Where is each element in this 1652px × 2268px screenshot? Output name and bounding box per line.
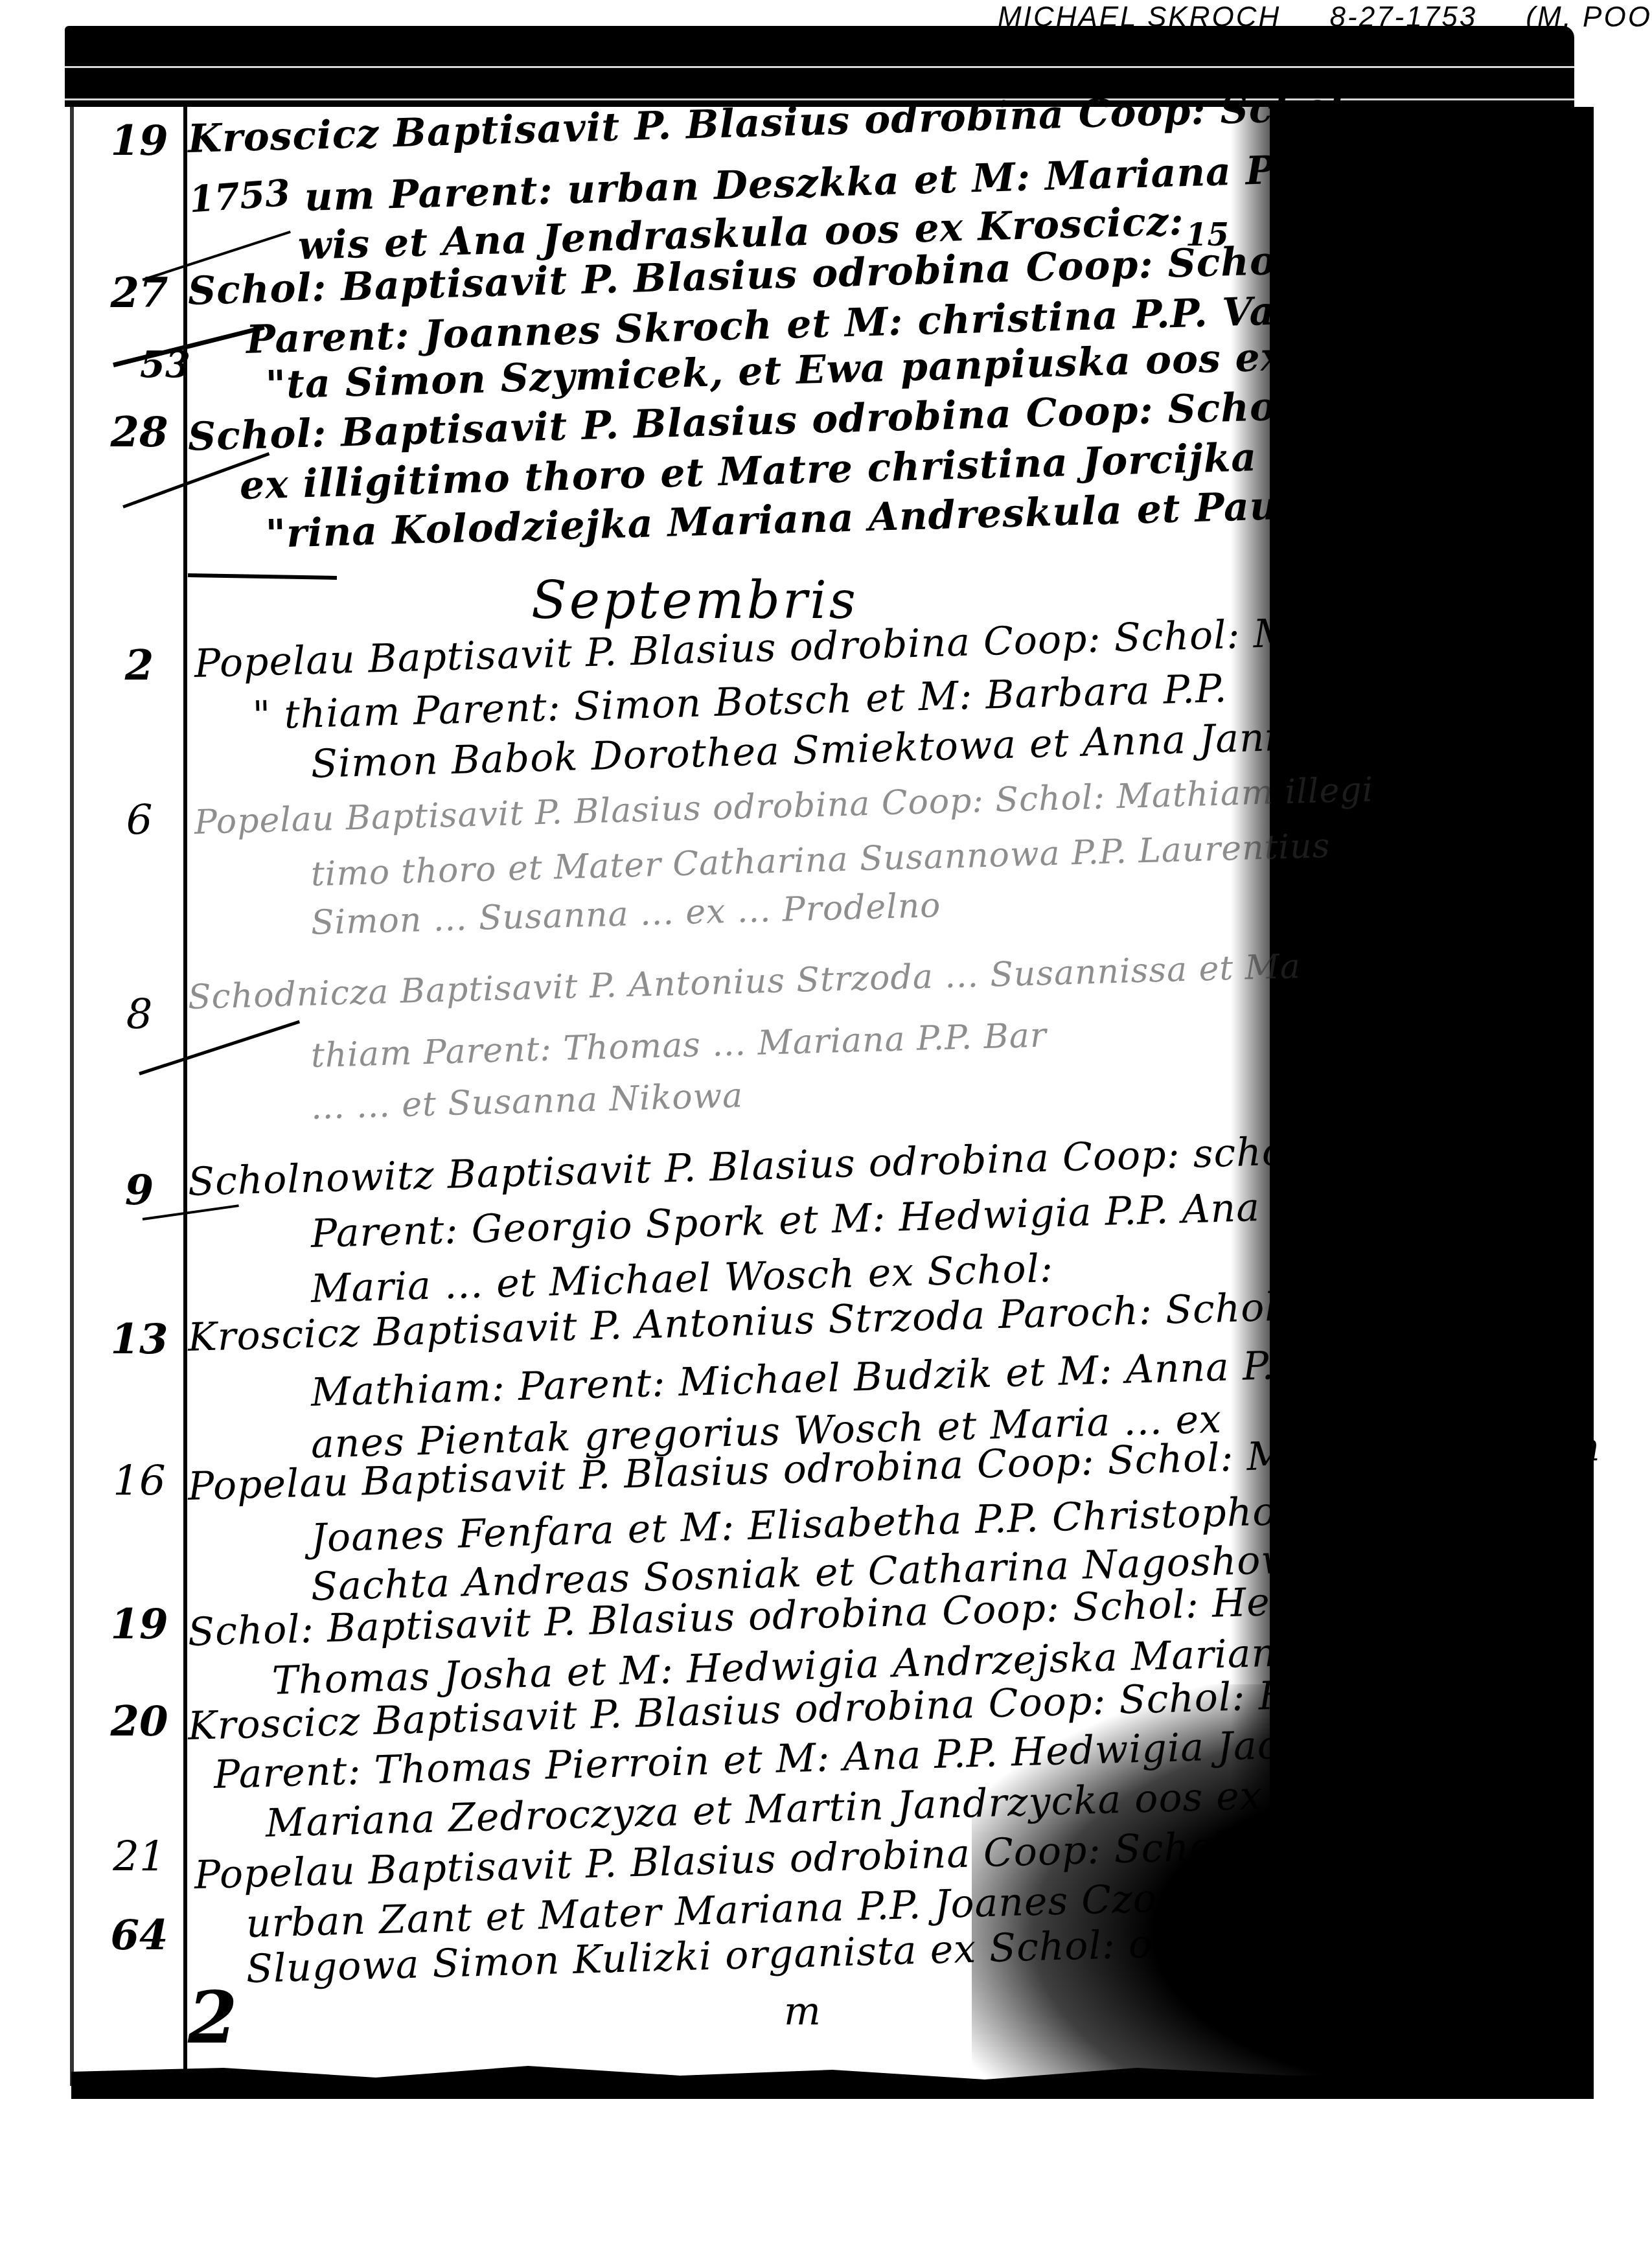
margin-rule (183, 107, 187, 2089)
bottom-mark: m (784, 1989, 821, 2034)
month-heading: Septembris (531, 570, 858, 630)
entry-date: 2 (104, 641, 175, 690)
entry-date: 28 (104, 408, 175, 457)
page-left-edge (70, 104, 74, 2086)
year-margin: 1753 (187, 171, 293, 221)
entry-date: 6 (104, 797, 175, 845)
page-number-mark: 2 (188, 1976, 238, 2059)
entry-date: 9 (104, 1166, 175, 1215)
entry-date: 19 (104, 117, 175, 165)
entry-date: 19 (104, 1600, 175, 1649)
entry-date: 16 (104, 1458, 175, 1506)
entry-date: 20 (104, 1697, 175, 1746)
entry-date: 21 (104, 1833, 175, 1881)
entry-date: 13 (104, 1315, 175, 1364)
entry-date-sub: 64 (104, 1911, 175, 1960)
entry-date: 8 (104, 991, 175, 1039)
entry-date: 27 (104, 269, 175, 317)
